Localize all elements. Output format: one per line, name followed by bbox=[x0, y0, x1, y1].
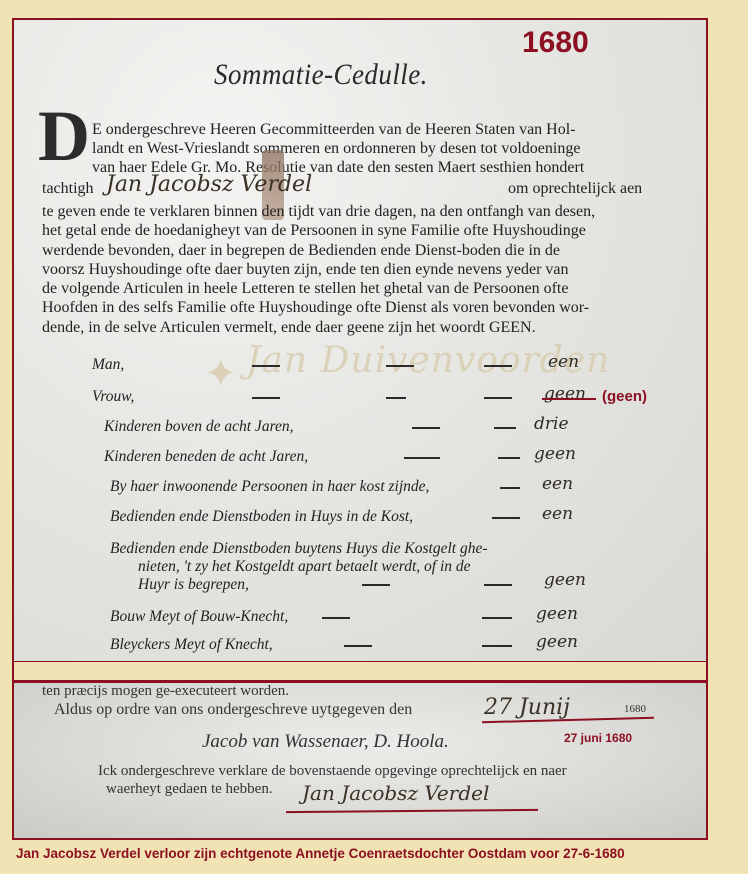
article-label: Man, bbox=[92, 356, 124, 374]
closing-line: ten præcijs mogen ge-executeert worden. bbox=[42, 683, 289, 700]
dash bbox=[482, 617, 512, 619]
article-label: Bedienden ende Dienstboden buytens Huys … bbox=[110, 540, 488, 558]
annotation-geen: (geen) bbox=[602, 388, 647, 405]
intro-paragraph: E ondergeschreve Heeren Gecommitteerden … bbox=[92, 120, 652, 177]
signature-underline bbox=[286, 809, 538, 813]
dash bbox=[252, 365, 280, 367]
declaration-line: Ick ondergeschreve verklare de bovenstae… bbox=[98, 763, 567, 780]
document-title: Sommatie-Cedulle. bbox=[214, 58, 428, 92]
date-annotation: 27 juni 1680 bbox=[564, 731, 632, 745]
body-line: het getal ende de hoedanigheyt van de Pe… bbox=[42, 221, 682, 240]
dash bbox=[482, 645, 512, 647]
dash bbox=[484, 584, 512, 586]
body-line: werdende bevonden, daer in begrepen de B… bbox=[42, 241, 682, 260]
dash bbox=[362, 584, 390, 586]
issued-line: Aldus op ordre van ons ondergeschreve uy… bbox=[54, 701, 412, 719]
article-label-continued: Huyr is begrepen, bbox=[138, 576, 249, 594]
article-label: Kinderen beneden de acht Jaren, bbox=[104, 448, 308, 466]
line-suffix: om oprechtelijck aen bbox=[508, 180, 642, 198]
dash bbox=[494, 427, 516, 429]
article-label: Bleyckers Meyt of Knecht, bbox=[110, 636, 273, 654]
printed-year: 1680 bbox=[624, 703, 646, 715]
body-line: de volgende Articulen in heele Letteren … bbox=[42, 279, 682, 298]
handwritten-name: Jan Jacobsz Verdel bbox=[106, 172, 312, 197]
signature: Jan Jacobsz Verdel bbox=[302, 781, 489, 805]
article-label: By haer inwoonende Persoonen in haer kos… bbox=[110, 478, 429, 496]
dash bbox=[412, 427, 440, 429]
body-line: te geven ende te verklaren binnen den ti… bbox=[42, 202, 682, 221]
article-value: een bbox=[542, 504, 573, 524]
dash bbox=[386, 397, 406, 399]
dash bbox=[498, 457, 520, 459]
article-value: een bbox=[548, 352, 579, 372]
handwritten-date: 27 Junij bbox=[484, 695, 570, 720]
article-value: geen bbox=[544, 384, 586, 404]
dash bbox=[500, 487, 520, 489]
dash bbox=[386, 365, 414, 367]
signatories: Jacob van Wassenaer, D. Hoola. bbox=[202, 731, 449, 753]
article-value: geen bbox=[536, 632, 578, 652]
body-line: dende, in de selve Articulen vermelt, en… bbox=[42, 318, 682, 337]
section-divider bbox=[12, 662, 708, 680]
dash bbox=[344, 645, 372, 647]
article-label: Kinderen boven de acht Jaren, bbox=[104, 418, 294, 436]
body-paragraph: te geven ende te verklaren binnen den ti… bbox=[42, 202, 682, 337]
article-label: Bedienden ende Dienstboden in Huys in de… bbox=[110, 508, 413, 526]
line-prefix: tachtigh bbox=[42, 180, 94, 198]
dash bbox=[252, 397, 280, 399]
body-line: Hoofden in des selfs Familie ofte Huysho… bbox=[42, 298, 682, 317]
document-scan-top: 1680 Sommatie-Cedulle. D E ondergeschrev… bbox=[12, 18, 708, 664]
article-label: Vrouw, bbox=[92, 388, 134, 406]
body-line: voorsz Huyshoudinge ofte daer buyten zij… bbox=[42, 260, 682, 279]
strike-through-line bbox=[542, 398, 596, 400]
declaration-line: waerheyt gedaen te hebben. bbox=[106, 781, 273, 798]
dash bbox=[404, 457, 440, 459]
article-value: geen bbox=[536, 604, 578, 624]
drop-cap: D bbox=[38, 106, 90, 166]
article-value: drie bbox=[534, 414, 569, 434]
article-value: geen bbox=[534, 444, 576, 464]
article-value: een bbox=[542, 474, 573, 494]
year-label: 1680 bbox=[522, 26, 589, 60]
dash bbox=[484, 365, 512, 367]
dash bbox=[484, 397, 512, 399]
article-value: geen bbox=[544, 570, 586, 590]
document-scan-bottom: ten præcijs mogen ge-executeert worden. … bbox=[12, 680, 708, 840]
dash bbox=[492, 517, 520, 519]
intro-line: landt en West-Vrieslandt sommeren en ord… bbox=[92, 139, 652, 158]
dove-watermark-icon: ✦ bbox=[204, 350, 252, 398]
article-label: Bouw Meyt of Bouw-Knecht, bbox=[110, 608, 288, 626]
intro-line: E ondergeschreve Heeren Gecommitteerden … bbox=[92, 120, 652, 139]
article-label-continued: nieten, 't zy het Kostgeldt apart betael… bbox=[138, 558, 471, 576]
dash bbox=[322, 617, 350, 619]
caption: Jan Jacobsz Verdel verloor zijn echtgeno… bbox=[16, 846, 625, 861]
